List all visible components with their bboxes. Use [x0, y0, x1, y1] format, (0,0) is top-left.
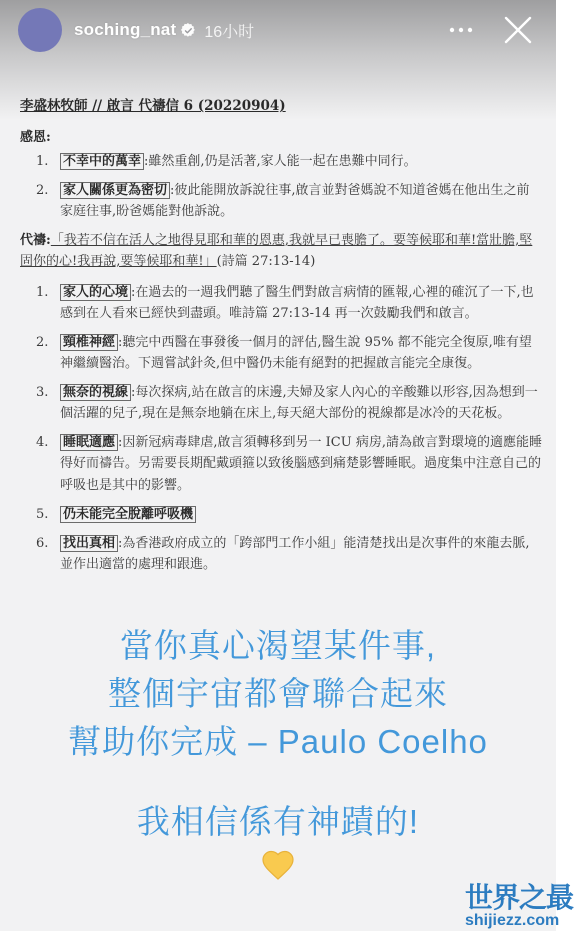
username[interactable]: soching_nat: [74, 20, 176, 40]
story-header: soching_nat 16小时: [0, 0, 556, 60]
list-item: 4. 睡眠適應:因新冠病毒肆虐,啟言須轉移到另一 ICU 病房,請為啟言對環境的…: [20, 432, 542, 495]
belief-text: 我相信係有神蹟的!: [0, 800, 556, 844]
outside-story-gutter: [556, 0, 577, 931]
list-item: 1. 家人的心境:在過去的一週我們聽了醫生們對啟言病情的匯報,心裡的確沉了一下,…: [20, 282, 542, 324]
watermark-site: shijiezz.com: [465, 913, 573, 929]
item-heading: 無奈的視線: [60, 384, 131, 401]
list-item: 2. 頸椎神經:聽完中西醫在事發後一個月的評估,醫生說 95% 都不能完全復原,…: [20, 332, 542, 374]
scripture-reference: (詩篇 27:13-14): [217, 254, 316, 269]
intercession-paragraph: 代禱:「我若不信在活人之地得見耶和華的恩惠,我就早已喪膽了。要等候耶和華!當壯膽…: [20, 230, 542, 272]
item-text: :因新冠病毒肆虐,啟言須轉移到另一 ICU 病房,請為啟言對環境的適應能睡得好而…: [60, 435, 542, 492]
item-heading: 不幸中的萬幸: [60, 153, 144, 170]
verified-badge-icon: [181, 23, 196, 38]
item-text: :聽完中西醫在事發後一個月的評估,醫生說 95% 都不能完全復原,唯有望神繼續醫…: [60, 335, 532, 371]
more-options-icon[interactable]: [442, 20, 480, 40]
list-item: 3. 無奈的視線:每次探病,站在啟言的床邊,夫婦及家人內心的辛酸難以形容,因為想…: [20, 382, 542, 424]
item-heading: 家人關係更為密切: [60, 182, 170, 199]
quote-line-2: 整個宇宙都會聯合起來: [0, 670, 556, 718]
close-icon[interactable]: [494, 6, 542, 54]
quote-line-3: 幫助你完成 – Paulo Coelho: [0, 718, 556, 766]
list-item: 2. 家人關係更為密切:彼此能開放訴說往事,啟言並對爸媽說不知道爸媽在他出生之前…: [20, 180, 542, 222]
item-text: :每次探病,站在啟言的床邊,夫婦及家人內心的辛酸難以形容,因為想到一個活躍的兒子…: [60, 385, 538, 421]
story-viewport: soching_nat 16小时 李盛林牧師 // 啟言 代禱信 6 (2022…: [0, 0, 556, 931]
item-heading: 找出真相: [60, 535, 118, 552]
document-title: 李盛林牧師 // 啟言 代禱信 6 (20220904): [20, 96, 542, 118]
list-item: 5. 仍未能完全脫離呼吸機: [20, 504, 542, 525]
item-text: :在過去的一週我們聽了醫生們對啟言病情的匯報,心裡的確沉了一下,也感到在人看來已…: [60, 285, 534, 321]
list-item: 1. 不幸中的萬幸:雖然重創,仍是活著,家人能一起在患難中同行。: [20, 151, 542, 172]
thanksgiving-label: 感恩:: [20, 127, 542, 148]
item-heading: 睡眠適應: [60, 434, 118, 451]
site-watermark: 世界之最 shijiezz.com: [465, 884, 573, 929]
quote-line-1: 當你真心渴望某件事,: [0, 622, 556, 670]
quote-text: 當你真心渴望某件事, 整個宇宙都會聯合起來 幫助你完成 – Paulo Coel…: [0, 622, 556, 766]
item-text: :雖然重創,仍是活著,家人能一起在患難中同行。: [144, 154, 417, 169]
watermark-brand: 世界之最: [465, 884, 573, 912]
story-timestamp: 16小时: [204, 19, 254, 42]
avatar[interactable]: [18, 8, 62, 52]
intercession-label: 代禱:: [20, 233, 51, 248]
item-text: :為香港政府成立的「跨部門工作小組」能清楚找出是次事件的來龍去脈,並作出適當的處…: [60, 536, 530, 572]
item-heading: 家人的心境: [60, 284, 131, 301]
item-heading: 頸椎神經: [60, 334, 118, 351]
item-heading: 仍未能完全脫離呼吸機: [60, 506, 196, 523]
prayer-letter-document: 李盛林牧師 // 啟言 代禱信 6 (20220904) 感恩: 1. 不幸中的…: [20, 96, 542, 583]
list-item: 6. 找出真相:為香港政府成立的「跨部門工作小組」能清楚找出是次事件的來龍去脈,…: [20, 533, 542, 575]
